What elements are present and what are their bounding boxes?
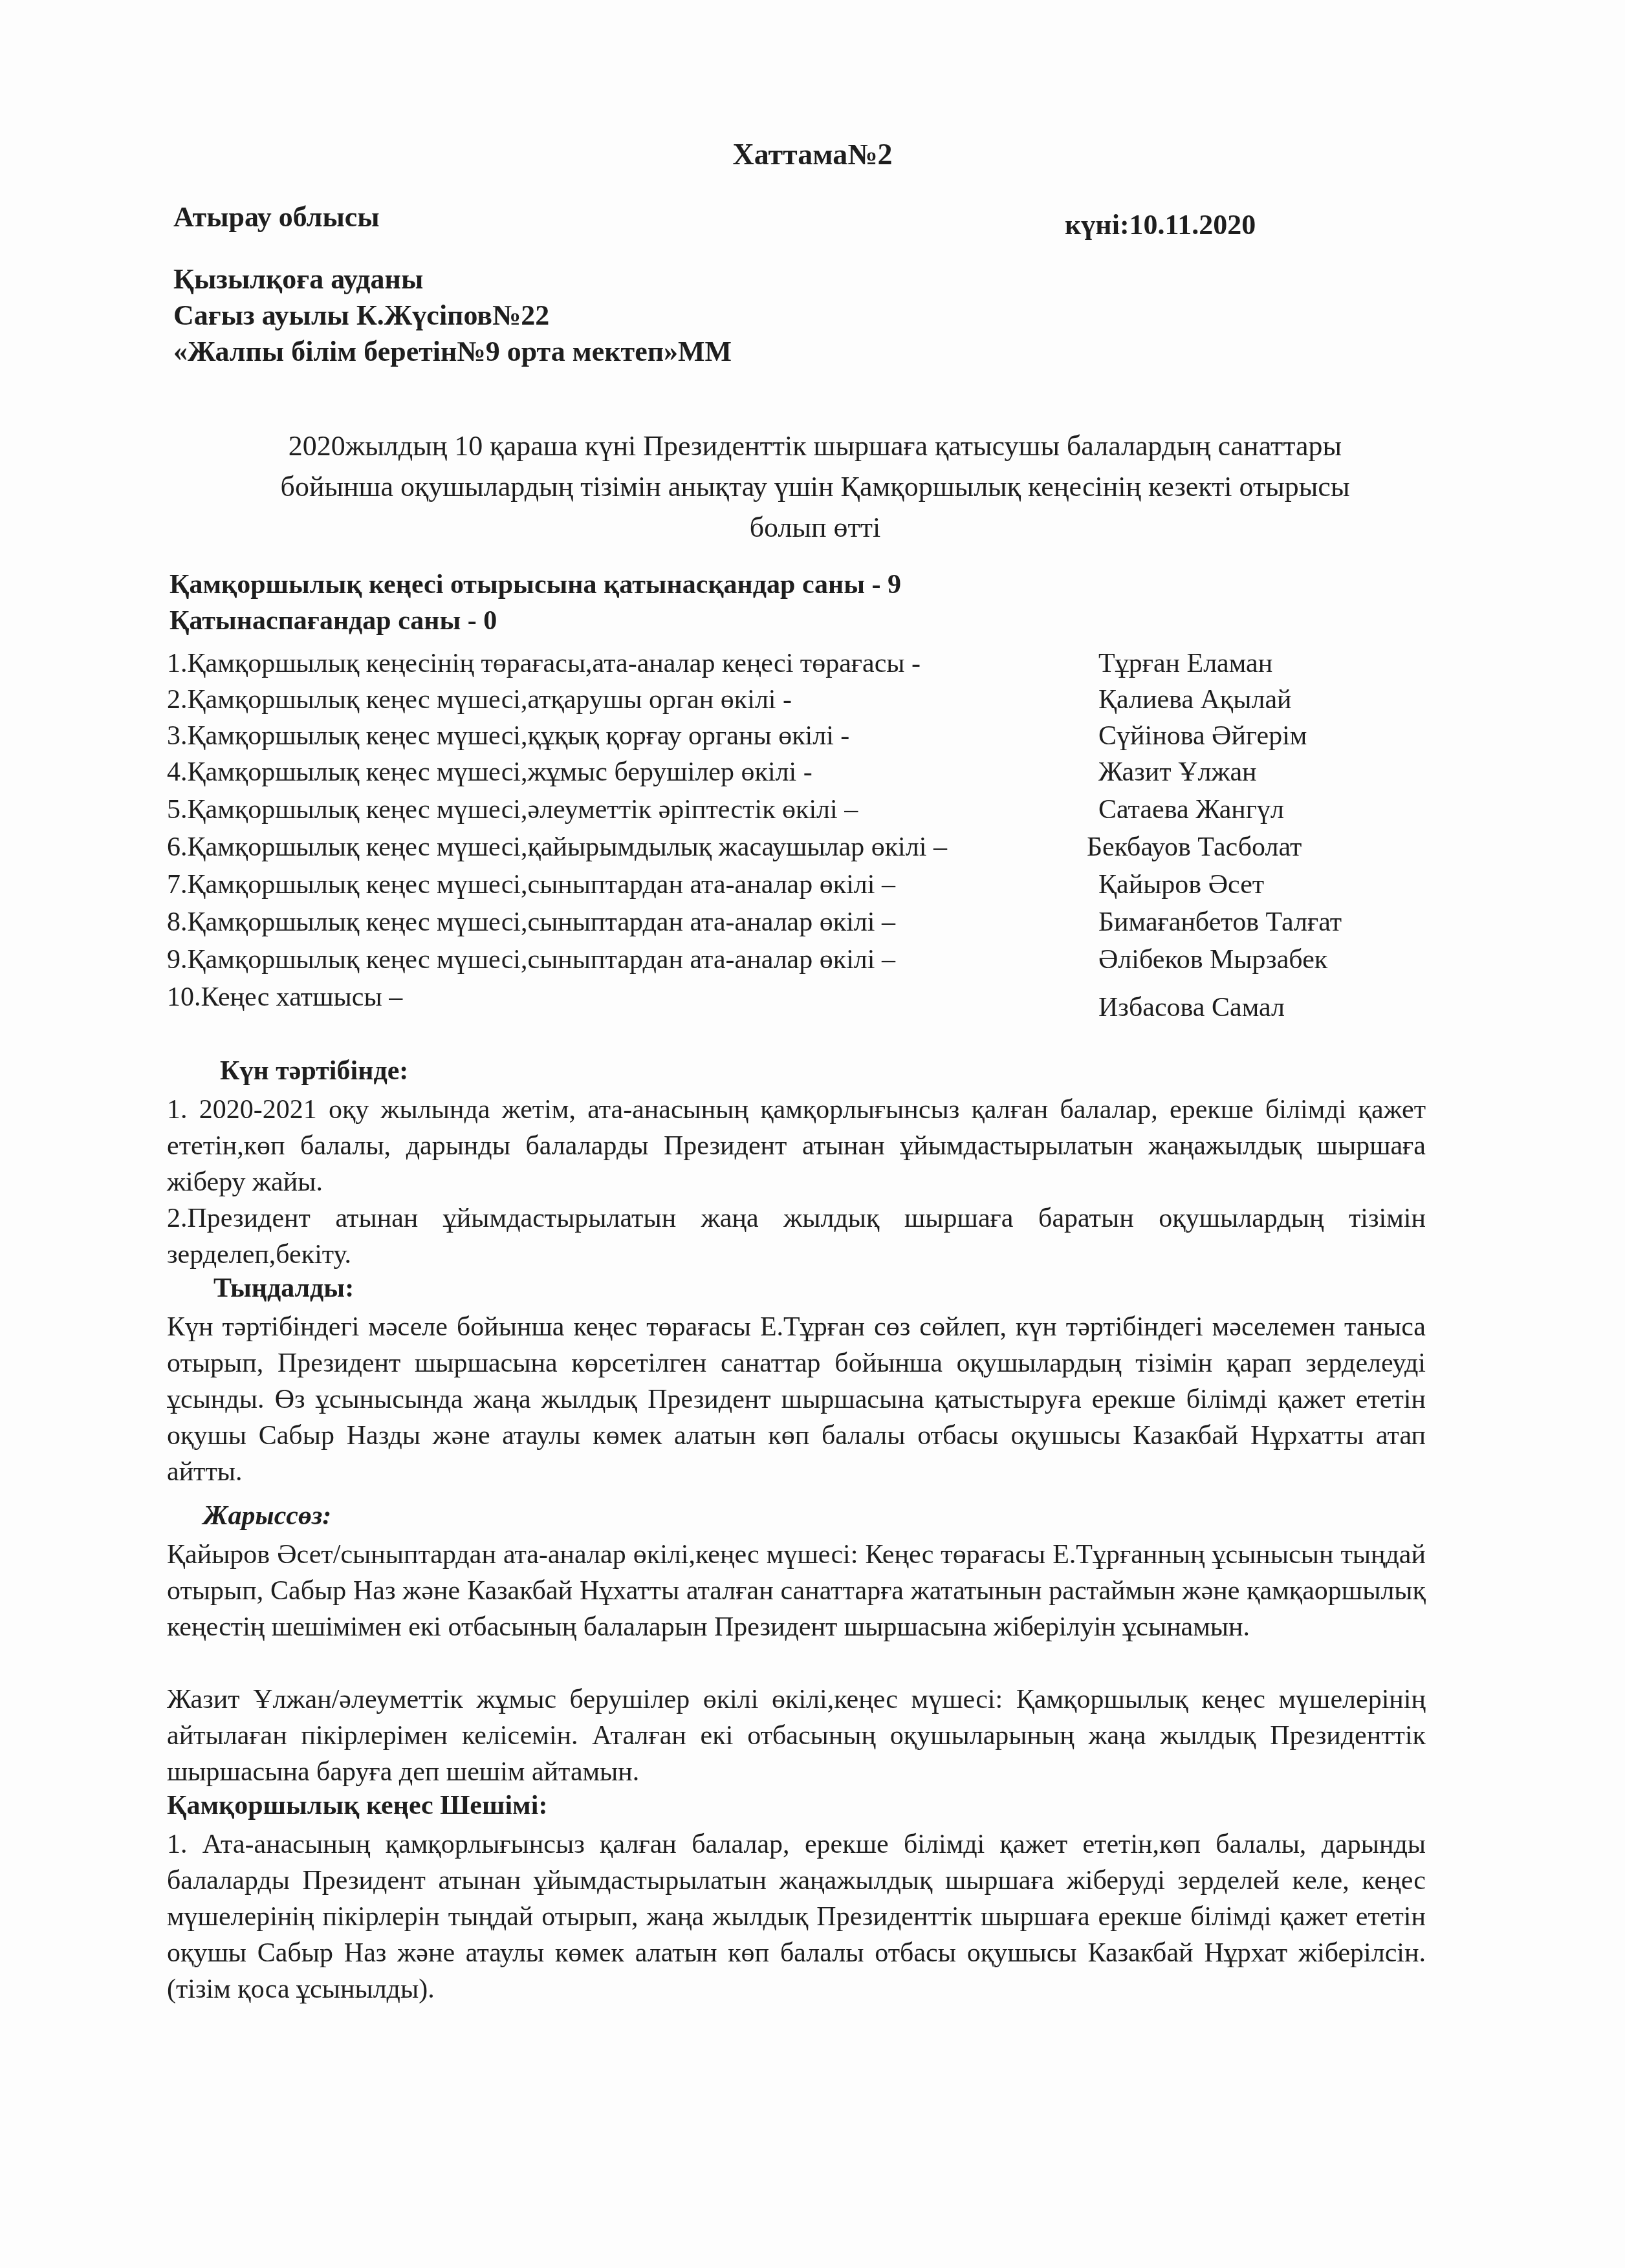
document-title: Хаттама№2 [0,137,1625,171]
member-role: 6.Қамқоршылық кеңес мүшесі,қайырымдылық … [167,832,947,863]
member-row: 6.Қамқоршылық кеңес мүшесі,қайырымдылық … [167,832,1461,868]
debate-speech-2: Жазит Ұлжан/әлеуметтік жұмыс берушілер ө… [167,1681,1426,1790]
member-name: Әлібеков Мырзабек [1098,944,1327,975]
member-name: Қайыров Әсет [1098,869,1264,900]
member-role: 4.Қамқоршылық кеңес мүшесі,жұмыс берушіл… [167,757,812,788]
debate-heading: Жарыссөз: [203,1500,331,1531]
member-row: 8.Қамқоршылық кеңес мүшесі,сыныптардан а… [167,907,1461,943]
member-role: 1.Қамқоршылық кеңесінің төрағасы,ата-ана… [167,648,921,679]
document-date: күні:10.11.2020 [1065,208,1256,241]
member-name: Қалиева Ақылай [1098,684,1292,715]
village-label: Сағыз ауылы К.Жүсіпов№22 [173,299,549,332]
member-name: Бимағанбетов Талғат [1098,907,1342,938]
region-label: Атырау облысы [173,200,380,233]
decision-heading: Қамқоршылық кеңес Шешімі: [167,1790,547,1821]
member-name: Избасова Самал [1098,992,1285,1023]
agenda-item-1: 1. 2020-2021 оқу жылында жетім, ата-анас… [167,1092,1426,1200]
member-role: 3.Қамқоршылық кеңес мүшесі,құқық қорғау … [167,720,849,751]
agenda-heading: Күн тәртібінде: [220,1055,408,1086]
member-row: 2.Қамқоршылық кеңес мүшесі,атқарушы орга… [167,684,1461,720]
heard-heading: Тыңдалды: [213,1273,354,1304]
intro-line-2: бойынша оқушылардың тізімін анықтау үшін… [168,470,1462,503]
member-row: 1.Қамқоршылық кеңесінің төрағасы,ата-ана… [167,648,1461,684]
member-name: Сатаева Жангүл [1098,794,1284,825]
attendance-absent: Қатынаспағандар саны - 0 [169,605,497,636]
member-row: 4.Қамқоршылық кеңес мүшесі,жұмыс берушіл… [167,757,1461,793]
heard-text: Күн тәртібіндегі мәселе бойынша кеңес тө… [167,1309,1426,1490]
member-role: 8.Қамқоршылық кеңес мүшесі,сыныптардан а… [167,907,895,938]
school-label: «Жалпы білім беретін№9 орта мектеп»ММ [173,335,732,368]
scanned-document-page: Хаттама№2 Атырау облысы күні:10.11.2020 … [0,0,1625,2268]
member-row: 7.Қамқоршылық кеңес мүшесі,сыныптардан а… [167,869,1461,905]
member-row: 3.Қамқоршылық кеңес мүшесі,құқық қорғау … [167,720,1461,757]
member-role: 5.Қамқоршылық кеңес мүшесі,әлеуметтік әр… [167,794,858,825]
member-role: 7.Қамқоршылық кеңес мүшесі,сыныптардан а… [167,869,895,900]
intro-line-3: болып өтті [168,511,1462,544]
member-role: 2.Қамқоршылық кеңес мүшесі,атқарушы орга… [167,684,792,715]
decision-text: 1. Ата-анасының қамқорлығынсыз қалған ба… [167,1826,1426,2007]
member-name: Бекбауов Тасболат [1087,832,1302,863]
district-label: Қызылқоға ауданы [173,263,423,296]
member-name: Жазит Ұлжан [1098,757,1257,788]
member-name: Тұрған Еламан [1098,648,1272,679]
attendance-present: Қамқоршылық кеңесі отырысына қатынасқанд… [169,569,901,600]
member-row: 10.Кеңес хатшысы – Избасова Самал [167,982,1461,1018]
member-role: 9.Қамқоршылық кеңес мүшесі,сыныптардан а… [167,944,895,975]
intro-line-1: 2020жылдың 10 қараша күні Президенттік ш… [168,429,1462,462]
member-row: 5.Қамқоршылық кеңес мүшесі,әлеуметтік әр… [167,794,1461,830]
agenda-item-2: 2.Президент атынан ұйымдастырылатын жаңа… [167,1200,1426,1273]
member-role: 10.Кеңес хатшысы – [167,982,402,1013]
member-row: 9.Қамқоршылық кеңес мүшесі,сыныптардан а… [167,944,1461,980]
member-name: Сүйінова Әйгерім [1098,720,1307,751]
debate-speech-1: Қайыров Әсет/сыныптардан ата-аналар өкіл… [167,1537,1426,1645]
